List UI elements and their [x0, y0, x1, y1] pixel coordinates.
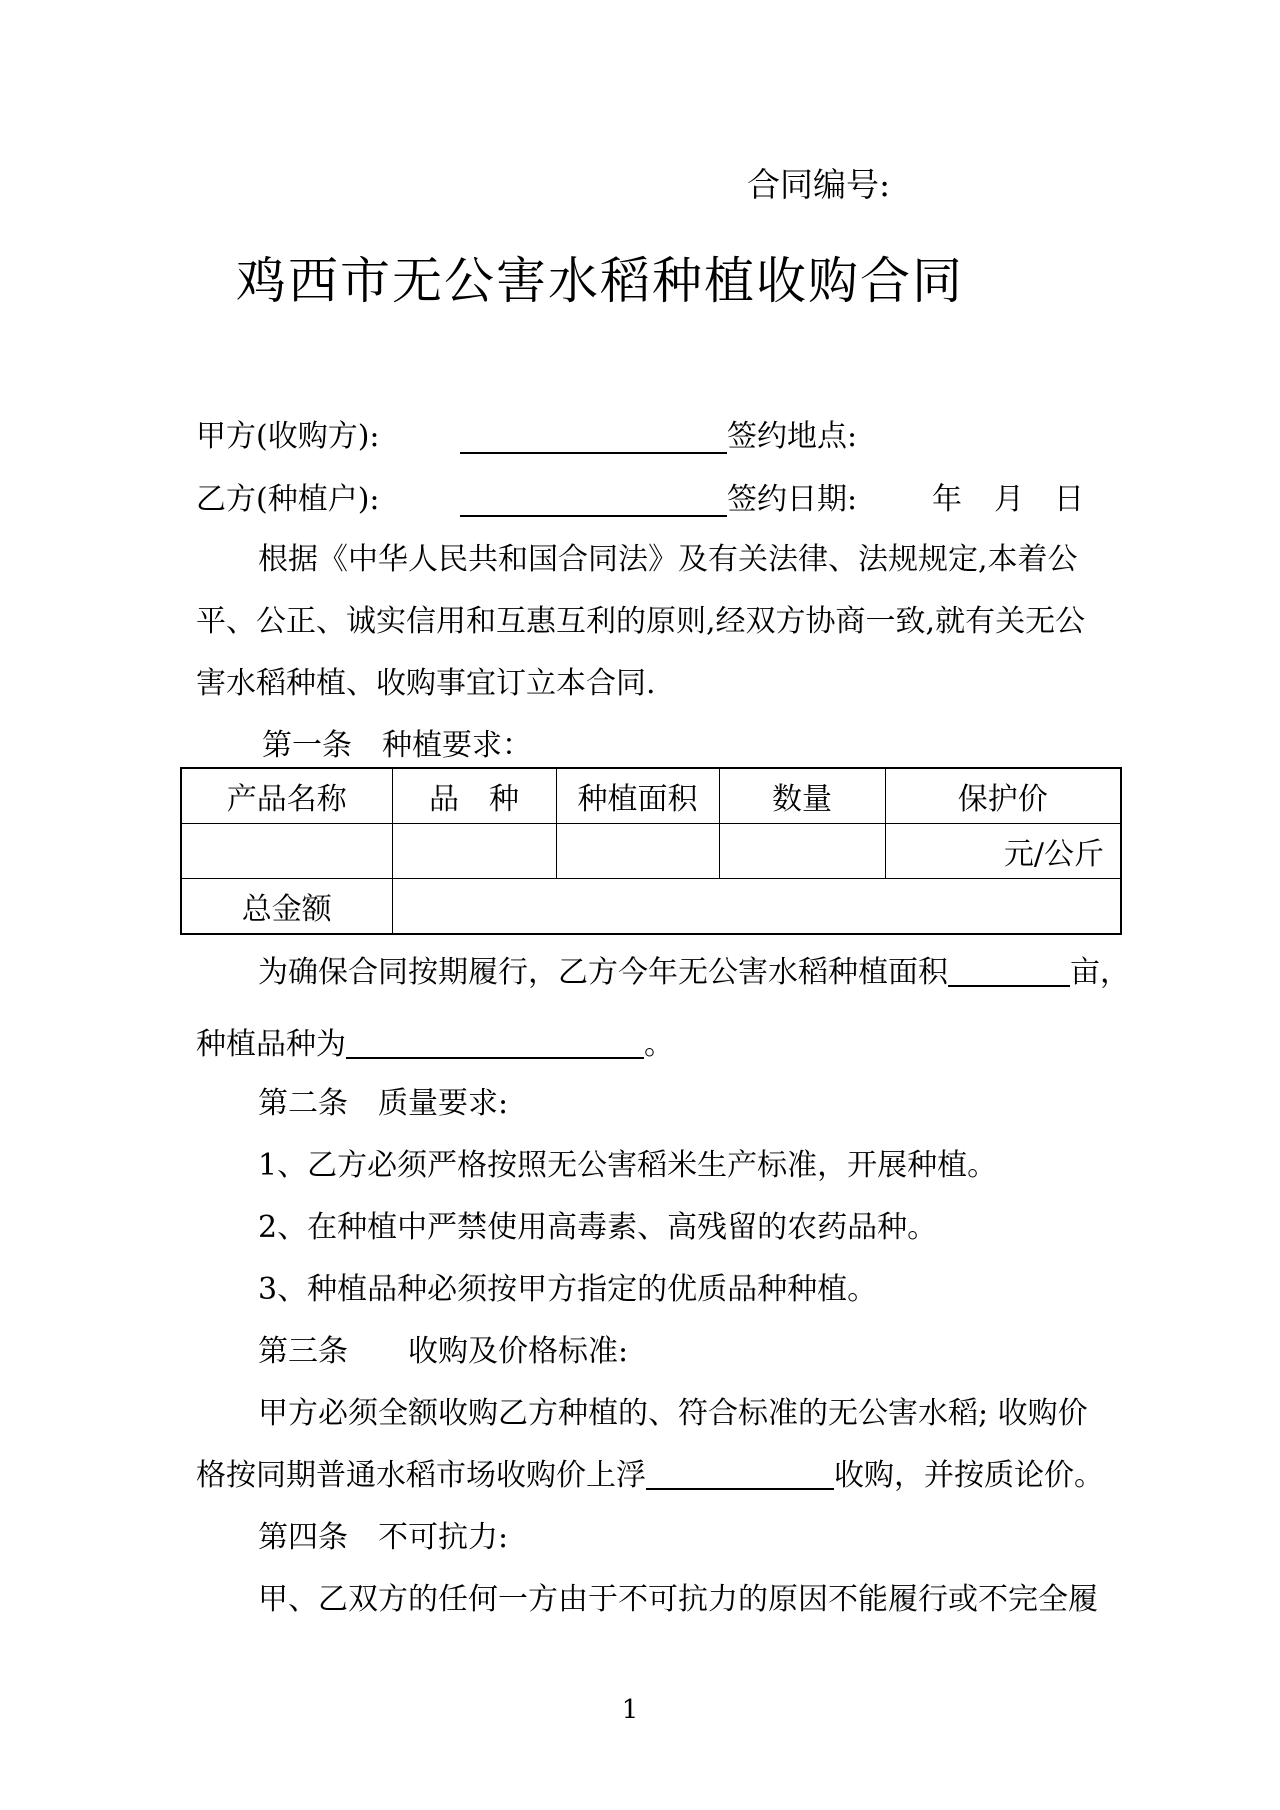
- date-month-label: 月: [994, 479, 1024, 521]
- preamble-line-3: 害水稻种植、收购事宜订立本合同.: [196, 663, 656, 705]
- variety-line-text: 种植品种为: [196, 1027, 346, 1062]
- party-b-blank-field: [460, 479, 727, 517]
- document-title: 鸡西市无公害水稻种植收购合同: [130, 243, 1070, 319]
- preamble-line-1: 根据《中华人民共和国合同法》及有关法律、法规规定,本着公: [258, 539, 1078, 581]
- planting-area-cell: [556, 823, 719, 878]
- quantity-header: 数量: [719, 768, 885, 823]
- purchase-line-2: 格按同期普通水稻市场收购价上浮收购，并按质论价。: [196, 1455, 1104, 1497]
- variety-header: 品 种: [392, 768, 556, 823]
- article-3-heading: 第三条 收购及价格标准:: [258, 1331, 628, 1373]
- purchase-line-2-text: 格按同期普通水稻市场收购价上浮: [196, 1458, 646, 1493]
- quality-item-1: 1、乙方必须严格按照无公害稻米生产标准，开展种植。: [258, 1145, 997, 1187]
- sign-date-label: 签约日期:: [727, 479, 857, 521]
- party-b-label: 乙方(种植户):: [196, 479, 380, 521]
- date-day-label: 日: [1054, 479, 1084, 521]
- planting-requirements-table: 产品名称 品 种 种植面积 数量 保护价 元/公斤 总金额: [180, 767, 1122, 935]
- date-year-label: 年: [932, 479, 962, 521]
- contract-page: 合同编号: 鸡西市无公害水稻种植收购合同 甲方(收购方): 签约地点: 乙方(种…: [0, 0, 1280, 1810]
- force-majeure-line: 甲、乙双方的任何一方由于不可抗力的原因不能履行或不完全履: [258, 1579, 1098, 1621]
- price-float-blank-field: [646, 1462, 834, 1490]
- total-amount-label-cell: 总金额: [181, 878, 392, 934]
- product-name-cell: [181, 823, 392, 878]
- party-a-row: 甲方(收购方): 签约地点:: [196, 416, 1136, 458]
- planting-area-header: 种植面积: [556, 768, 719, 823]
- ensure-line-1: 为确保合同按期履行，乙方今年无公害水稻种植面积亩，: [258, 952, 1130, 994]
- quantity-cell: [719, 823, 885, 878]
- article-4-heading: 第四条 不可抗力:: [258, 1517, 508, 1559]
- contract-number-label: 合同编号:: [747, 163, 890, 207]
- sign-place-label: 签约地点:: [727, 416, 857, 458]
- article-1-heading: 第一条 种植要求：: [262, 725, 532, 767]
- party-a-label: 甲方(收购方):: [196, 416, 380, 458]
- ensure-line-1-text: 为确保合同按期履行，乙方今年无公害水稻种植面积: [258, 955, 948, 990]
- unit-price-cell: 元/公斤: [885, 823, 1121, 878]
- variety-line-suffix: 。: [644, 1027, 674, 1062]
- page-number: 1: [0, 1695, 1260, 1725]
- party-b-row: 乙方(种植户): 签约日期: 年 月 日: [196, 479, 1136, 521]
- planting-area-blank-field: [948, 959, 1070, 987]
- total-amount-value-cell: [392, 878, 1121, 934]
- article-2-heading: 第二条 质量要求:: [258, 1083, 508, 1125]
- ensure-line-1-suffix: 亩，: [1070, 955, 1130, 990]
- preamble-line-2: 平、公正、诚实信用和互惠互利的原则,经双方协商一致,就有关无公: [196, 601, 1085, 643]
- quality-item-2: 2、在种植中严禁使用高毒素、高残留的农药品种。: [258, 1207, 937, 1249]
- table-header-row: 产品名称 品 种 种植面积 数量 保护价: [181, 768, 1121, 823]
- purchase-line-2-suffix: 收购，并按质论价。: [834, 1458, 1104, 1493]
- table-value-row: 元/公斤: [181, 823, 1121, 878]
- party-a-blank-field: [460, 416, 727, 454]
- total-amount-row: 总金额: [181, 878, 1121, 934]
- product-name-header: 产品名称: [181, 768, 392, 823]
- purchase-line-1: 甲方必须全额收购乙方种植的、符合标准的无公害水稻; 收购价: [258, 1393, 1088, 1435]
- quality-item-3: 3、种植品种必须按甲方指定的优质品种种植。: [258, 1269, 877, 1311]
- variety-blank-field: [346, 1031, 644, 1059]
- variety-cell: [392, 823, 556, 878]
- protected-price-header: 保护价: [885, 768, 1121, 823]
- ensure-line-2: 种植品种为。: [196, 1024, 674, 1066]
